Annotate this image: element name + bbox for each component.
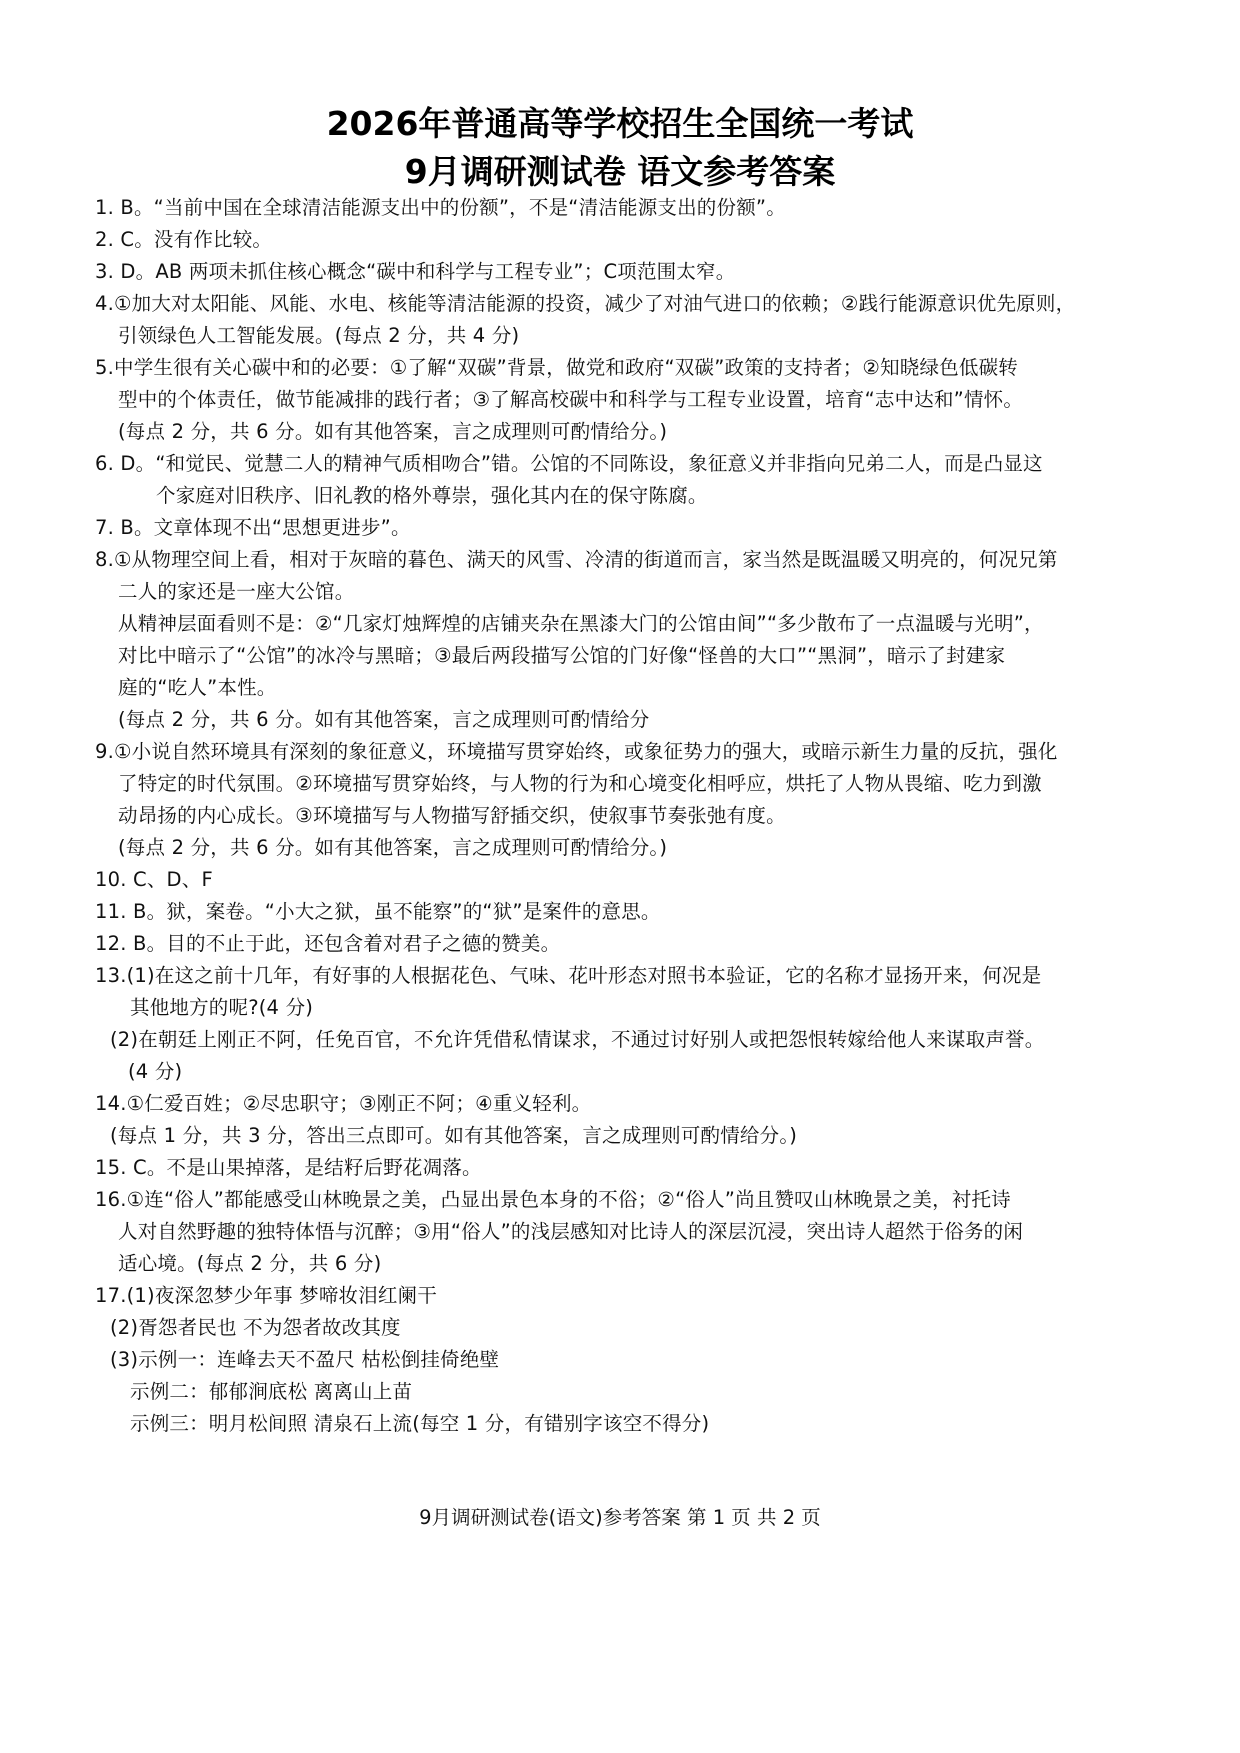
answer-line: 其他地方的呢?(4 分): [130, 996, 313, 1020]
answer-key-page: 2026年普通高等学校招生全国统一考试 9月调研测试卷 语文参考答案 1. B。…: [0, 0, 1240, 1753]
answer-line: 4.①加大对太阳能、风能、水电、核能等清洁能源的投资，减少了对油气进口的依赖；②…: [95, 292, 1075, 316]
answer-line: (4 分): [128, 1060, 182, 1084]
answer-line: 引领绿色人工智能发展。(每点 2 分，共 4 分): [118, 324, 519, 348]
answer-line: 型中的个体责任，做节能减排的践行者；③了解高校碳中和科学与工程专业设置，培育“志…: [118, 388, 1023, 412]
answer-line: 示例二：郁郁涧底松 离离山上苗: [130, 1380, 412, 1404]
answer-line: (2)胥怨者民也 不为怨者故改其度: [110, 1316, 401, 1340]
answer-line: 2. C。没有作比较。: [95, 228, 272, 252]
answer-line: 5.中学生很有关心碳中和的必要：①了解“双碳”背景，做党和政府“双碳”政策的支持…: [95, 356, 1018, 380]
answer-line: (2)在朝廷上刚正不阿，任免百官，不允许凭借私情谋求，不通过讨好别人或把怨恨转嫁…: [110, 1028, 1044, 1052]
answer-line: 人对自然野趣的独特体悟与沉醉；③用“俗人”的浅层感知对比诗人的深层沉浸，突出诗人…: [118, 1220, 1023, 1244]
answer-line: 示例三：明月松间照 清泉石上流(每空 1 分，有错别字该空不得分): [130, 1412, 709, 1436]
answer-line: (每点 2 分，共 6 分。如有其他答案，言之成理则可酌情给分。): [118, 420, 667, 444]
answer-line: 二人的家还是一座大公馆。: [118, 580, 354, 604]
answer-line: 8.①从物理空间上看，相对于灰暗的暮色、满天的风雪、冷清的街道而言，家当然是既温…: [95, 548, 1058, 572]
answer-line: 16.①连“俗人”都能感受山林晚景之美，凸显出景色本身的不俗；②“俗人”尚且赞叹…: [95, 1188, 1011, 1212]
answer-line: (每点 2 分，共 6 分。如有其他答案，言之成理则可酌情给分。): [118, 836, 667, 860]
answer-line: 适心境。(每点 2 分，共 6 分): [118, 1252, 381, 1276]
exam-subtitle: 9月调研测试卷 语文参考答案: [0, 146, 1240, 193]
answer-line: 3. D。AB 两项未抓住核心概念“碳中和科学与工程专业”；C项范围太窄。: [95, 260, 735, 284]
answer-line: 6. D。“和觉民、觉慧二人的精神气质相吻合”错。公馆的不同陈设，象征意义并非指…: [95, 452, 1043, 476]
page-footer: 9月调研测试卷(语文)参考答案 第 1 页 共 2 页: [0, 1502, 1240, 1530]
answer-line: 1. B。“当前中国在全球清洁能源支出中的份额”，不是“清洁能源支出的份额”。: [95, 196, 786, 220]
answer-line: 13.(1)在这之前十几年，有好事的人根据花色、气味、花叶形态对照书本验证，它的…: [95, 964, 1041, 988]
answer-line: 动昂扬的内心成长。③环境描写与人物描写舒插交织，使叙事节奏张弛有度。: [118, 804, 786, 828]
exam-title: 2026年普通高等学校招生全国统一考试: [0, 98, 1240, 145]
answer-line: 12. B。目的不止于此，还包含着对君子之德的赞美。: [95, 932, 560, 956]
answer-line: 10. C、D、F: [95, 868, 213, 892]
answer-line: 17.(1)夜深忽梦少年事 梦啼妆泪红阑干: [95, 1284, 437, 1308]
answer-line: 个家庭对旧秩序、旧礼教的格外尊崇，强化其内在的保守陈腐。: [156, 484, 708, 508]
answer-line: 15. C。不是山果掉落，是结籽后野花凋落。: [95, 1156, 482, 1180]
answer-line: 7. B。文章体现不出“思想更进步”。: [95, 516, 411, 540]
answer-line: (3)示例一：连峰去天不盈尺 枯松倒挂倚绝壁: [110, 1348, 499, 1372]
answer-line: 了特定的时代氛围。②环境描写贯穿始终，与人物的行为和心境变化相呼应，烘托了人物从…: [118, 772, 1042, 796]
answer-line: 从精神层面看则不是：②“几家灯烛辉煌的店铺夹杂在黑漆大门的公馆由间”“多少散布了…: [118, 612, 1044, 636]
answer-line: 14.①仁爱百姓；②尽忠职守；③刚正不阿；④重义轻利。: [95, 1092, 591, 1116]
answer-line: 9.①小说自然环境具有深刻的象征意义，环境描写贯穿始终，或象征势力的强大，或暗示…: [95, 740, 1058, 764]
answer-line: 11. B。狱，案卷。“小大之狱，虽不能察”的“狱”是案件的意思。: [95, 900, 661, 924]
answer-line: (每点 1 分，共 3 分，答出三点即可。如有其他答案，言之成理则可酌情给分。): [110, 1124, 797, 1148]
answer-line: 庭的“吃人”本性。: [118, 676, 277, 700]
answer-line: 对比中暗示了“公馆”的冰冷与黑暗；③最后两段描写公馆的门好像“怪兽的大口”“黑洞…: [118, 644, 1005, 668]
answer-line: (每点 2 分，共 6 分。如有其他答案，言之成理则可酌情给分: [118, 708, 649, 732]
